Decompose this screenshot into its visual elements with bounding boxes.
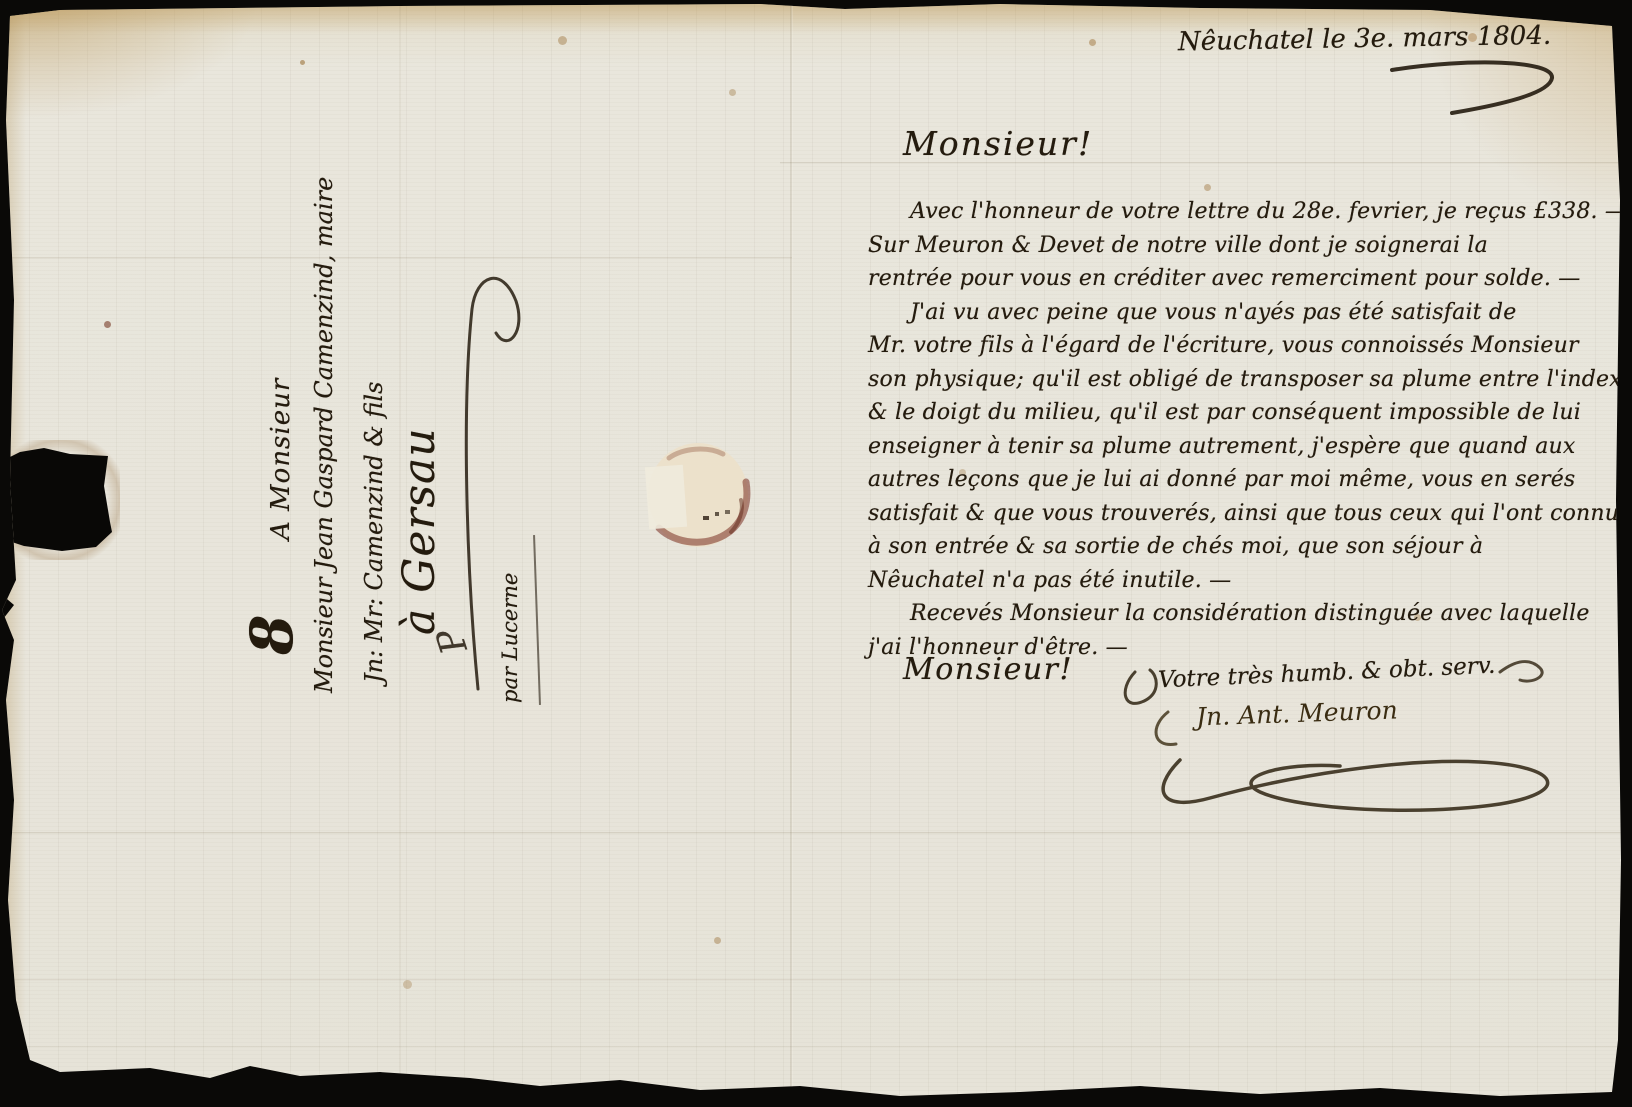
seal-tear-hole (0, 445, 115, 555)
body-line: à son entrée & sa sortie de chés moi, qu… (868, 534, 1573, 568)
signature-flourish (1163, 760, 1548, 810)
wax-seal-remnant (645, 440, 753, 552)
body-line: satisfait & que vous trouverés, ainsi qu… (868, 501, 1573, 535)
vertical-fold-crease (790, 0, 793, 1107)
address-line-place: à Gersau (394, 427, 445, 635)
signature: Jn. Ant. Meuron (1196, 695, 1399, 731)
body-line: Avec l'honneur de votre lettre du 28e. f… (868, 199, 1573, 233)
signature-lead-swash (1156, 712, 1176, 744)
address-line-firm: Jn: Mr: Camenzind & fils (360, 382, 388, 683)
salutation: Monsieur! (903, 124, 1093, 163)
left-edge-notch (0, 593, 14, 623)
address-line-route: par Lucerne (498, 573, 522, 703)
foxing-spots (300, 60, 305, 65)
body-line: son physique; qu'il est obligé de transp… (868, 367, 1573, 401)
top-left-toning (0, 0, 260, 120)
date-flourish (1392, 62, 1552, 113)
letter-sheet: 8 A Monsieur Monsieur Jean Gaspard Camen… (0, 0, 1632, 1107)
route-underline (533, 535, 541, 705)
address-line-recipient: Monsieur Jean Gaspard Camenzind, maire (310, 177, 338, 693)
horizontal-crease-bottom (0, 979, 1632, 981)
body-line: Mr. votre fils à l'égard de l'écriture, … (868, 333, 1573, 367)
closing-salutation: Monsieur! (903, 652, 1073, 687)
postal-rate-mark: 8 (238, 615, 306, 655)
body-line: rentrée pour vous en créditer avec remer… (868, 266, 1573, 300)
horizontal-crease-bottom2 (0, 1046, 1632, 1048)
body-line: Sur Meuron & Devet de notre ville dont j… (868, 233, 1573, 267)
letter-body: Avec l'honneur de votre lettre du 28e. f… (868, 199, 1573, 668)
seal-speck-3 (725, 510, 730, 514)
body-line: & le doigt du milieu, qu'il est par cons… (868, 400, 1573, 434)
body-line: enseigner à tenir sa plume autrement, j'… (868, 434, 1573, 468)
valediction-lead-swash (1125, 670, 1156, 703)
body-line: Recevés Monsieur la considération distin… (868, 601, 1573, 635)
address-panel-rotated: 8 A Monsieur Monsieur Jean Gaspard Camen… (250, 255, 540, 705)
seal-speck-2 (715, 512, 719, 516)
horizontal-fold-crease-lower (0, 832, 1632, 834)
dateline: Nêuchatel le 3e. mars 1804. (1178, 21, 1552, 58)
body-line: autres leçons que je lui ai donné par mo… (868, 467, 1573, 501)
seal-speck-1 (703, 516, 709, 520)
body-line: J'ai vu avec peine que vous n'ayés pas é… (868, 300, 1573, 334)
address-panel: 8 A Monsieur Monsieur Jean Gaspard Camen… (250, 255, 540, 705)
paper-remnant-patch (645, 465, 687, 529)
scan-background: 8 A Monsieur Monsieur Jean Gaspard Camen… (0, 0, 1632, 1107)
address-line-a-monsieur: A Monsieur (266, 378, 296, 540)
body-line: Nêuchatel n'a pas été inutile. — (868, 568, 1573, 602)
